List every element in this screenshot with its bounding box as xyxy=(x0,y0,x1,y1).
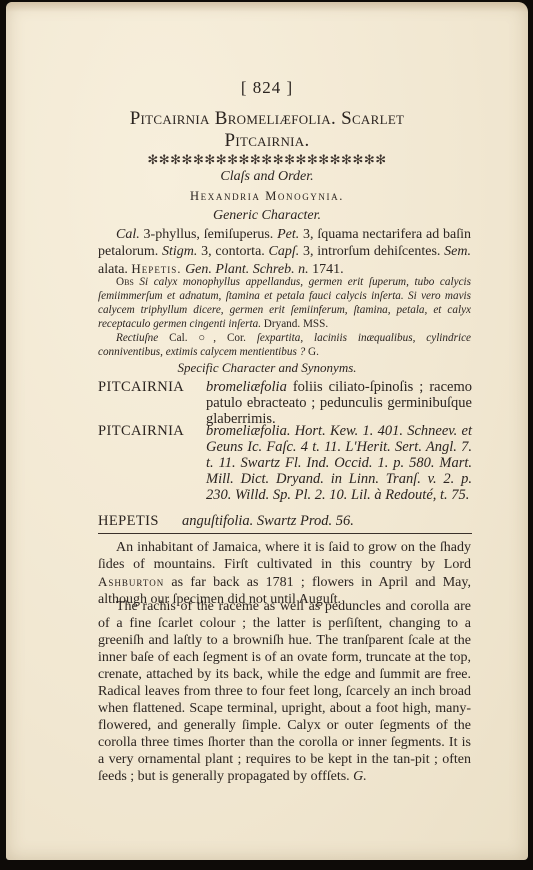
synonym-genus: PITCAIRNIA xyxy=(98,379,184,395)
obs-label: Obs xyxy=(116,276,134,288)
page-title: Pitcairnia Bromeliæfolia. Scarlet xyxy=(6,108,528,130)
generic-character-heading: Generic Character. xyxy=(6,208,528,224)
stigm-text: 3, contorta. xyxy=(197,244,268,259)
synonym-genus: HEPETIS xyxy=(98,513,159,529)
rect-signature: G. xyxy=(308,346,319,358)
observation-note: Obs Si calyx monophyllus appellandus, ge… xyxy=(98,275,471,359)
specific-character-heading: Specific Character and Synonyms. xyxy=(6,360,528,376)
para1-text: An inhabitant of Jamaica, where it is ſa… xyxy=(98,540,471,572)
rect-cal: Cal. ○, Cor. xyxy=(158,332,246,344)
synonym-species: anguſtifolia. xyxy=(182,513,253,529)
synonym-text: Swartz Prod. 56. xyxy=(253,513,354,529)
synonym-species: bromeliæfolia xyxy=(206,379,287,395)
obs-source: Dryand. MSS. xyxy=(264,318,328,330)
synonym-description: anguſtifolia. Swartz Prod. 56. xyxy=(182,513,472,529)
page-number: [ 824 ] xyxy=(6,78,528,98)
book-page: [ 824 ] Pitcairnia Bromeliæfolia. Scarle… xyxy=(6,2,528,860)
synonym-entry: HEPETIS anguſtifolia. Swartz Prod. 56. xyxy=(98,513,472,531)
section-divider xyxy=(98,533,472,534)
para2-text: The rachis of the raceme as well as pedu… xyxy=(98,599,471,784)
synonym-description: bromeliæfolia foliis ciliato-ſpinoſis ; … xyxy=(206,379,472,427)
ornament-divider: ✻✻✻✻✻✻✻✻✻✻✻✻✻✻✻✻✻✻✻✻✻ xyxy=(6,152,528,168)
stigm-label: Stigm. xyxy=(162,244,197,259)
cal-text: 3-phyllus, ſemiſuperus. xyxy=(140,227,277,242)
hepetis-ref: Hepetis. xyxy=(131,261,181,276)
caps-label: Capſ. xyxy=(269,244,300,259)
description-paragraph-2: The rachis of the raceme as well as pedu… xyxy=(98,598,471,785)
page-title-continued: Pitcairnia. xyxy=(6,130,528,152)
para2-signature: G. xyxy=(353,769,367,784)
class-order-heading: Claſs and Order. xyxy=(6,169,528,185)
para1-name: Ashburton xyxy=(98,574,164,589)
synonym-species: bromeliæfolia. xyxy=(206,423,290,439)
caps-text: 3, introrſum dehiſcentes. xyxy=(299,244,444,259)
synonym-genus: PITCAIRNIA xyxy=(98,423,184,439)
pet-label: Pet. xyxy=(277,227,299,242)
cal-label: Cal. xyxy=(116,227,140,242)
class-order-value: Hexandria Monogynia. xyxy=(6,189,528,204)
synonym-description: bromeliæfolia. Hort. Kew. 1. 401. Schnee… xyxy=(206,423,472,503)
synonym-entry: PITCAIRNIA bromeliæfolia. Hort. Kew. 1. … xyxy=(98,423,472,515)
rect-label: Rectiuſne xyxy=(116,332,158,344)
sem-label: Sem. xyxy=(444,244,471,259)
generic-character-text: Cal. 3-phyllus, ſemiſuperus. Pet. 3, ſqu… xyxy=(98,226,471,278)
